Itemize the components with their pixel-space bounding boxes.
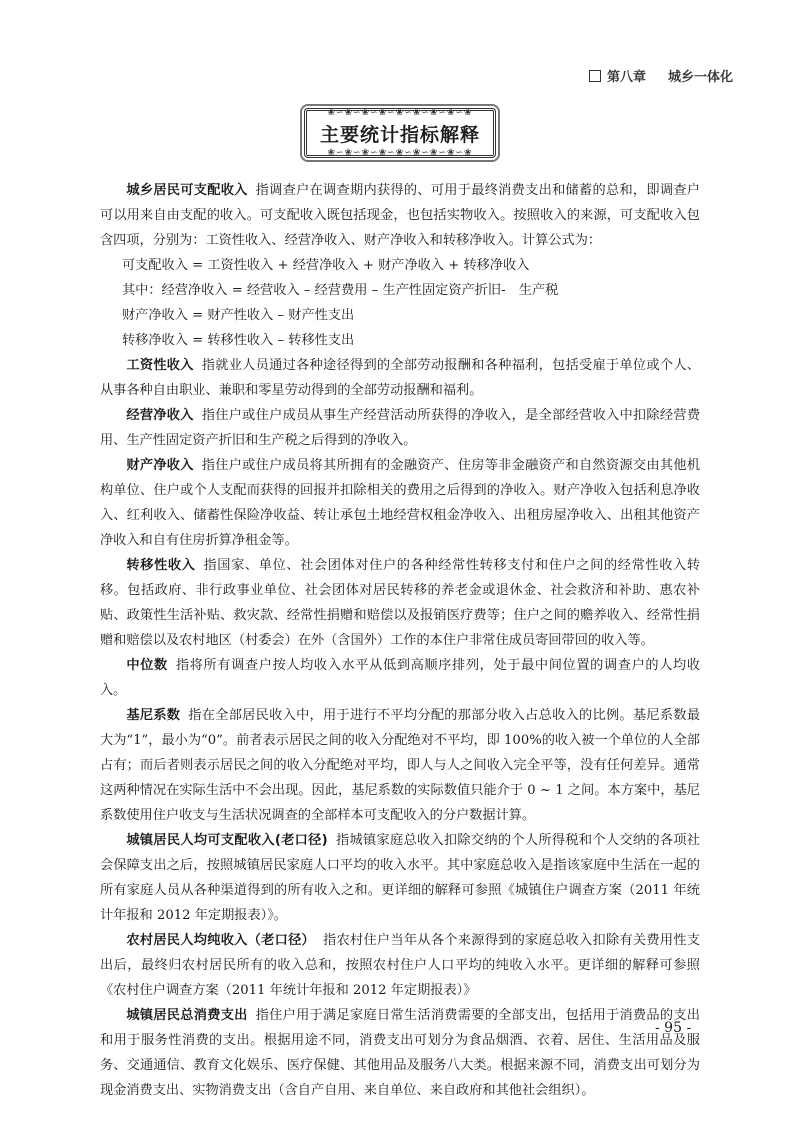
definition-paragraph: 中位数指将所有调查户按人均收入水平从低到高顺序排列，处于最中间位置的调查户的人均…	[100, 653, 700, 703]
definition-text: 指将所有调查户按人均收入水平从低到高顺序排列，处于最中间位置的调查户的人均收入。	[100, 658, 700, 698]
definition-paragraph: 城乡居民可支配收入指调查户在调查期内获得的、可用于最终消费支出和储蓄的总和，即调…	[100, 178, 700, 253]
section-title-frame: ❀∽❀∽❀∽❀∽❀∽❀∽❀∽❀∽❀ 主要统计指标解释 ❀∽❀∽❀∽❀∽❀∽❀∽❀…	[304, 108, 496, 158]
document-body: 城乡居民可支配收入指调查户在调查期内获得的、可用于最终消费支出和储蓄的总和，即调…	[100, 178, 700, 1103]
formula-line: 转移净收入 = 转移性收入 – 转移性支出	[100, 328, 700, 353]
chapter-title: 城乡一体化	[668, 66, 733, 85]
definition-paragraph: 基尼系数指在全部居民收入中，用于进行不平均分配的那部分收入占总收入的比例。基尼系…	[100, 703, 700, 828]
definition-term: 中位数	[126, 658, 167, 673]
definition-term: 工资性收入	[126, 358, 193, 373]
definition-term: 基尼系数	[126, 708, 180, 723]
formula-line: 财产净收入 = 财产性收入 – 财产性支出	[100, 303, 700, 328]
definition-paragraph: 财产净收入指住户或住户成员将其所拥有的金融资产、住房等非金融资产和自然资源交由其…	[100, 453, 700, 553]
definition-paragraph: 转移性收入指国家、单位、社会团体对住户的各种经常性转移支付和住户之间的经常性收入…	[100, 553, 700, 653]
ornamental-border-icon: ❀∽❀∽❀∽❀∽❀∽❀∽❀∽❀∽❀	[313, 108, 487, 118]
definition-term: 转移性收入	[126, 558, 195, 573]
definition-term: 城镇居民总消费支出	[126, 1008, 247, 1023]
definition-paragraph: 农村居民人均纯收入（老口径）指农村住户当年从各个来源得到的家庭总收入扣除有关费用…	[100, 928, 700, 1003]
running-header: 第八章 城乡一体化	[589, 66, 733, 85]
square-bullet-icon	[589, 70, 601, 82]
definition-text: 指在全部居民收入中，用于进行不平均分配的那部分收入占总收入的比例。基尼系数最大为…	[100, 708, 700, 823]
chapter-number: 第八章	[607, 66, 646, 85]
definition-term: 城镇居民人均可支配收入(老口径)	[126, 833, 327, 848]
page-number: - 95 -	[655, 1020, 691, 1036]
definition-paragraph: 城镇居民总消费支出指住户用于满足家庭日常生活消费需要的全部支出，包括用于消费品的…	[100, 1003, 700, 1103]
ornamental-border-icon: ❀∽❀∽❀∽❀∽❀∽❀∽❀∽❀∽❀	[313, 148, 487, 158]
definition-term: 农村居民人均纯收入（老口径）	[126, 933, 315, 948]
formula-line: 其中：经营净收入 = 经营收入 – 经营费用 – 生产性固定资产折旧- 生产税	[100, 278, 700, 303]
section-title: 主要统计指标解释	[320, 120, 480, 147]
definition-paragraph: 城镇居民人均可支配收入(老口径)指城镇家庭总收入扣除交纳的个人所得税和个人交纳的…	[100, 828, 700, 928]
definition-paragraph: 工资性收入指就业人员通过各种途径得到的全部劳动报酬和各种福利，包括受雇于单位或个…	[100, 353, 700, 403]
definition-term: 经营净收入	[126, 408, 193, 423]
formula-line: 可支配收入 = 工资性收入 + 经营净收入 + 财产净收入 + 转移净收入	[100, 253, 700, 278]
definition-paragraph: 经营净收入指住户或住户成员从事生产经营活动所获得的净收入，是全部经营收入中扣除经…	[100, 403, 700, 453]
definition-term: 城乡居民可支配收入	[126, 183, 247, 198]
definition-term: 财产净收入	[126, 458, 193, 473]
